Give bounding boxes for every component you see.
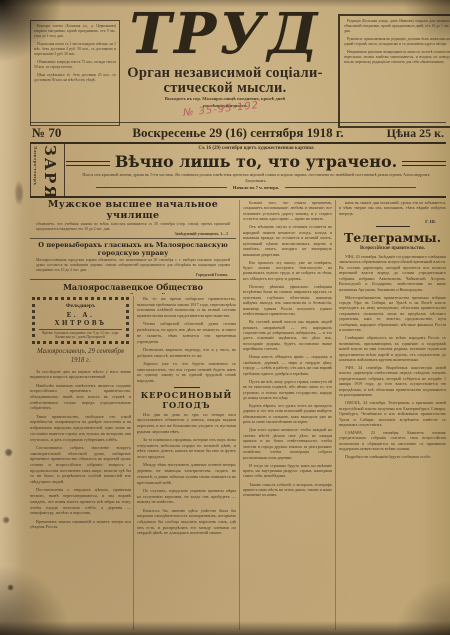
showtime-rule-right (285, 187, 416, 188)
feldsher-note: Пріемъ больныхъ ежедневно отъ 9 до 12 ча… (39, 331, 122, 339)
newspaper-page: Контора газеты (Большая ул., д. Церковно… (0, 0, 450, 635)
cinema-ad: Съ 16 (29) сентября идетъ художественная… (66, 144, 446, 196)
editorial-dateline-city: Малоярославецъ, 29 сентября (30, 348, 131, 357)
notice-school-signature: Завѣдующій училищемъ. 1—3 (30, 232, 236, 236)
telegrams-top-rule (376, 226, 410, 227)
ad-bottom-rule (30, 196, 446, 198)
dateline-row: № 70 Воскресенье 29 (16) сентября 1918 г… (30, 124, 446, 141)
editorial-text-col2: Въ то же время сибирское правительство, … (137, 296, 236, 384)
editorial-text-col1: За послѣдніе дни на первое мѣсто у насъ … (30, 369, 131, 530)
masthead-divider-rule (30, 122, 446, 123)
notice-rule (30, 238, 236, 239)
column-2: Въ то же время сибирское правительство, … (137, 296, 236, 630)
feldsher-ad: Фельдшеръ Е. А. ХИТРОВЪ Пріемъ больныхъ … (32, 297, 129, 344)
column-divider-1 (133, 296, 134, 630)
title-flank-rule-right (402, 161, 446, 166)
editorial-dateline: Малоярославецъ, 29 сентября 1918 г. (30, 348, 131, 366)
showtime-rule-left (96, 187, 227, 188)
kerosene-article-title: КЕРОСИНОВЫЙ ГОЛОДЪ (137, 390, 236, 410)
telegrams-section-title: Телеграммы. (339, 230, 446, 245)
column-4: намъ въ тяжкіе дни испытаній; уроки эти … (339, 200, 446, 630)
issue-price: Цѣна 25 к. (387, 126, 444, 141)
notice-rule (30, 279, 236, 280)
cinema-venue-name: ЗАРЯ (41, 145, 59, 195)
column-divider-3 (335, 200, 336, 630)
column-divider-2 (239, 200, 240, 630)
film-title: Вѣчно лишь то, что утрачено. (110, 152, 402, 171)
cinema-ad-venue-block: Электро-театръ ЗАРЯ (30, 144, 65, 196)
editorial-dateline-year: 1918 г. (30, 357, 131, 366)
showtime: Начало въ 7 ч. вечера. (227, 185, 285, 190)
notice-school-title: Мужское высшее начальное училище (30, 199, 236, 221)
column-3: Больше того, что отнято временемъ, сохра… (243, 200, 332, 630)
publication-note-line1: Выходитъ въ гор. Малоярославцѣ ежедневно… (112, 96, 338, 103)
feldsher-role: Фельдшеръ (39, 303, 122, 309)
cinema-venue-type: Электро-театръ (33, 146, 38, 194)
official-notices: Мужское высшее начальное училище объявля… (30, 199, 236, 294)
notice-elections-signature: Городской Голова. (30, 273, 236, 277)
masthead: ТРУД Орган независимой соціали- стическо… (112, 4, 338, 110)
notice-consumers-title: Малоярославецкое Общество Потребителей (30, 282, 236, 294)
article-signature: Г. Ш. (339, 219, 446, 224)
paper-crease (14, 180, 24, 206)
title-flank-rule-left (66, 161, 110, 166)
telegrams-subtitle: Всероссійское правительство. (339, 246, 446, 251)
column-1: Фельдшеръ Е. А. ХИТРОВЪ Пріемъ больныхъ … (30, 296, 131, 630)
editorial-text-col3: Больше того, что отнято временемъ, сохра… (243, 200, 332, 498)
cinema-ad-kicker: Съ 16 (29) сентября идетъ художественная… (66, 146, 446, 151)
notice-elections-body: Малоярославецкая городская управа объявл… (30, 257, 236, 273)
telegrams-text: УФА, 23 сентября. Засѣданіе государствен… (339, 254, 446, 460)
subscription-office-box: Контора газеты (Большая ул., д. Церковно… (30, 20, 120, 126)
newspaper-title: ТРУД (112, 4, 338, 66)
issue-date: Воскресенье 29 (16) сентября 1918 г. (30, 125, 446, 141)
paper-stain (4, 448, 13, 457)
paper-stain (2, 516, 10, 524)
article-end-text: намъ въ тяжкіе дни испытаній; уроки эти … (339, 200, 446, 216)
showtime-row: Начало въ 7 ч. вечера. (66, 185, 446, 190)
newspaper-subtitle-line1: Орган независимой соціали- (112, 66, 338, 81)
editorial-office-box: Редакція (Большая улица, домъ Иванова) о… (338, 14, 450, 128)
kerosene-divider (174, 387, 200, 388)
film-title-row: Вѣчно лишь то, что утрачено. (66, 152, 446, 171)
notice-school-body: объявляетъ, что учебныя занятія во всѣхъ… (30, 221, 236, 232)
paper-stain (7, 584, 14, 591)
kerosene-article-text: Изо дня въ день по три, по четыре часа п… (137, 412, 236, 536)
newspaper-subtitle-line2: стической мысли. (112, 81, 338, 96)
film-description: Пьеса изъ красивой жизни, драма въ 5-ти … (66, 171, 446, 184)
notice-elections-title: О перевыборахъ гласныхъ въ Малоярославск… (30, 241, 236, 257)
feldsher-name: Е. А. ХИТРОВЪ (39, 311, 122, 330)
